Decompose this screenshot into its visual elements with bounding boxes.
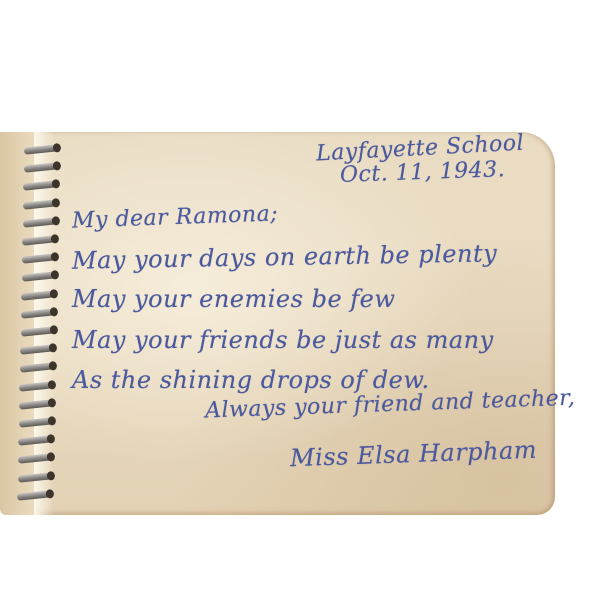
spiral-coil (20, 363, 55, 374)
spiral-coil (19, 399, 54, 410)
punch-hole (49, 325, 58, 335)
punch-hole (48, 398, 57, 408)
punch-hole (47, 452, 56, 462)
punch-hole (50, 252, 59, 262)
spiral-coil (18, 435, 53, 446)
punch-hole (51, 198, 60, 208)
spiral-coil (20, 344, 55, 355)
punch-hole (48, 380, 57, 390)
spiral-coil (18, 454, 53, 465)
spiral-coil (17, 472, 52, 483)
spiral-coil (24, 144, 59, 155)
spiral-coil (21, 290, 56, 301)
punch-hole (46, 489, 55, 499)
punch-hole (48, 361, 57, 371)
spiral-coil (23, 162, 58, 173)
punch-hole (47, 434, 56, 444)
spiral-coil (17, 490, 52, 501)
spiral-coil (19, 381, 54, 392)
spiral-coil (22, 217, 57, 228)
autograph-book-photo: Layfayette School Oct. 11, 1943. My dear… (0, 0, 600, 600)
punch-hole (51, 216, 60, 226)
spiral-coil (20, 326, 55, 337)
spiral-coil (22, 235, 57, 246)
punch-hole (47, 416, 56, 426)
spiral-coil (18, 417, 53, 428)
poem-line-2: May your enemies be few (72, 285, 395, 313)
spiral-coil (23, 181, 58, 192)
spiral-coil (21, 308, 56, 319)
spiral-coil (22, 253, 57, 264)
punch-hole (50, 270, 59, 280)
spiral-coil (23, 199, 58, 210)
poem-line-3: May your friends be just as many (72, 326, 494, 354)
punch-hole (49, 343, 58, 353)
punch-hole (50, 289, 59, 299)
poem-line-4: As the shining drops of dew. (72, 366, 430, 394)
spiral-coil (21, 272, 56, 283)
punch-hole (46, 471, 55, 481)
punch-hole (49, 307, 58, 317)
spiral-binding (18, 138, 58, 508)
